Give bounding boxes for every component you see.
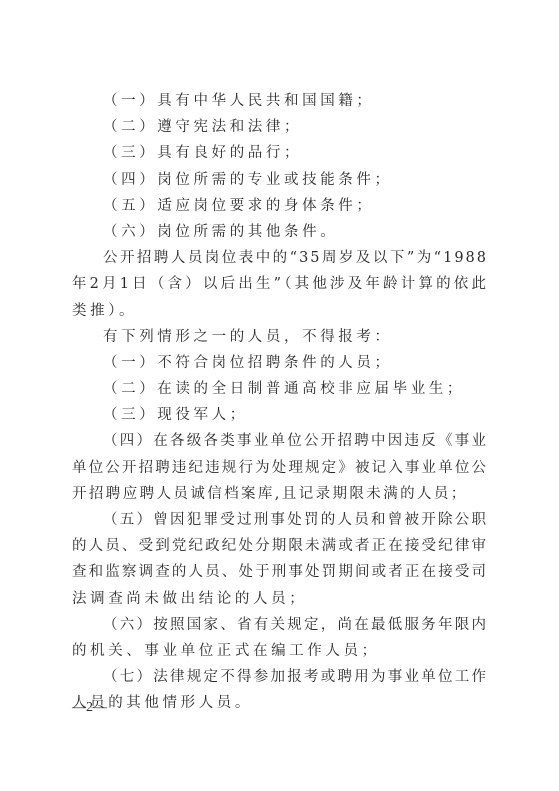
text-line: （五）曾因犯罪受过刑事处罚的人员和曾被开除公职 [72, 507, 488, 533]
text-line: （六）岗位所需的其他条件。 [72, 219, 488, 245]
text-line: 人员的其他情形人员。 [72, 690, 488, 716]
text-line: 类推）。 [72, 298, 488, 324]
text-line: （一）不符合岗位招聘条件的人员； [72, 350, 488, 376]
page-number: —2— [72, 700, 107, 716]
text-line: （二）在读的全日制普通高校非应届毕业生； [72, 376, 488, 402]
text-line: （三）具有良好的品行； [72, 140, 488, 166]
text-line: 的机关、事业单位正式在编工作人员； [72, 638, 488, 664]
document-body: （一）具有中华人民共和国国籍； （二）遵守宪法和法律； （三）具有良好的品行； … [72, 88, 488, 717]
text-line: 单位公开招聘违纪违规行为处理规定》被记入事业单位公 [72, 455, 488, 481]
text-line: 的人员、受到党纪政纪处分期限未满或者正在接受纪律审 [72, 533, 488, 559]
text-line: 查和监察调查的人员、处于刑事处罚期间或者正在接受司 [72, 559, 488, 585]
text-line: （四）在各级各类事业单位公开招聘中因违反《事业 [72, 428, 488, 454]
text-line: （三）现役军人； [72, 402, 488, 428]
text-line: （四）岗位所需的专业或技能条件； [72, 167, 488, 193]
text-line: 有下列情形之一的人员，不得报考： [72, 324, 488, 350]
text-line: （七）法律规定不得参加报考或聘用为事业单位工作 [72, 664, 488, 690]
text-line: 年2月1日（含）以后出生”（其他涉及年龄计算的依此 [72, 271, 488, 297]
text-line: （二）遵守宪法和法律； [72, 114, 488, 140]
text-line: （一）具有中华人民共和国国籍； [72, 88, 488, 114]
text-line: 法调查尚未做出结论的人员； [72, 586, 488, 612]
text-line: （五）适应岗位要求的身体条件； [72, 193, 488, 219]
text-line: 开招聘应聘人员诚信档案库,且记录期限未满的人员； [72, 481, 488, 507]
text-line: 公开招聘人员岗位表中的“35周岁及以下”为“1988 [72, 245, 488, 271]
text-line: （六）按照国家、省有关规定，尚在最低服务年限内 [72, 612, 488, 638]
